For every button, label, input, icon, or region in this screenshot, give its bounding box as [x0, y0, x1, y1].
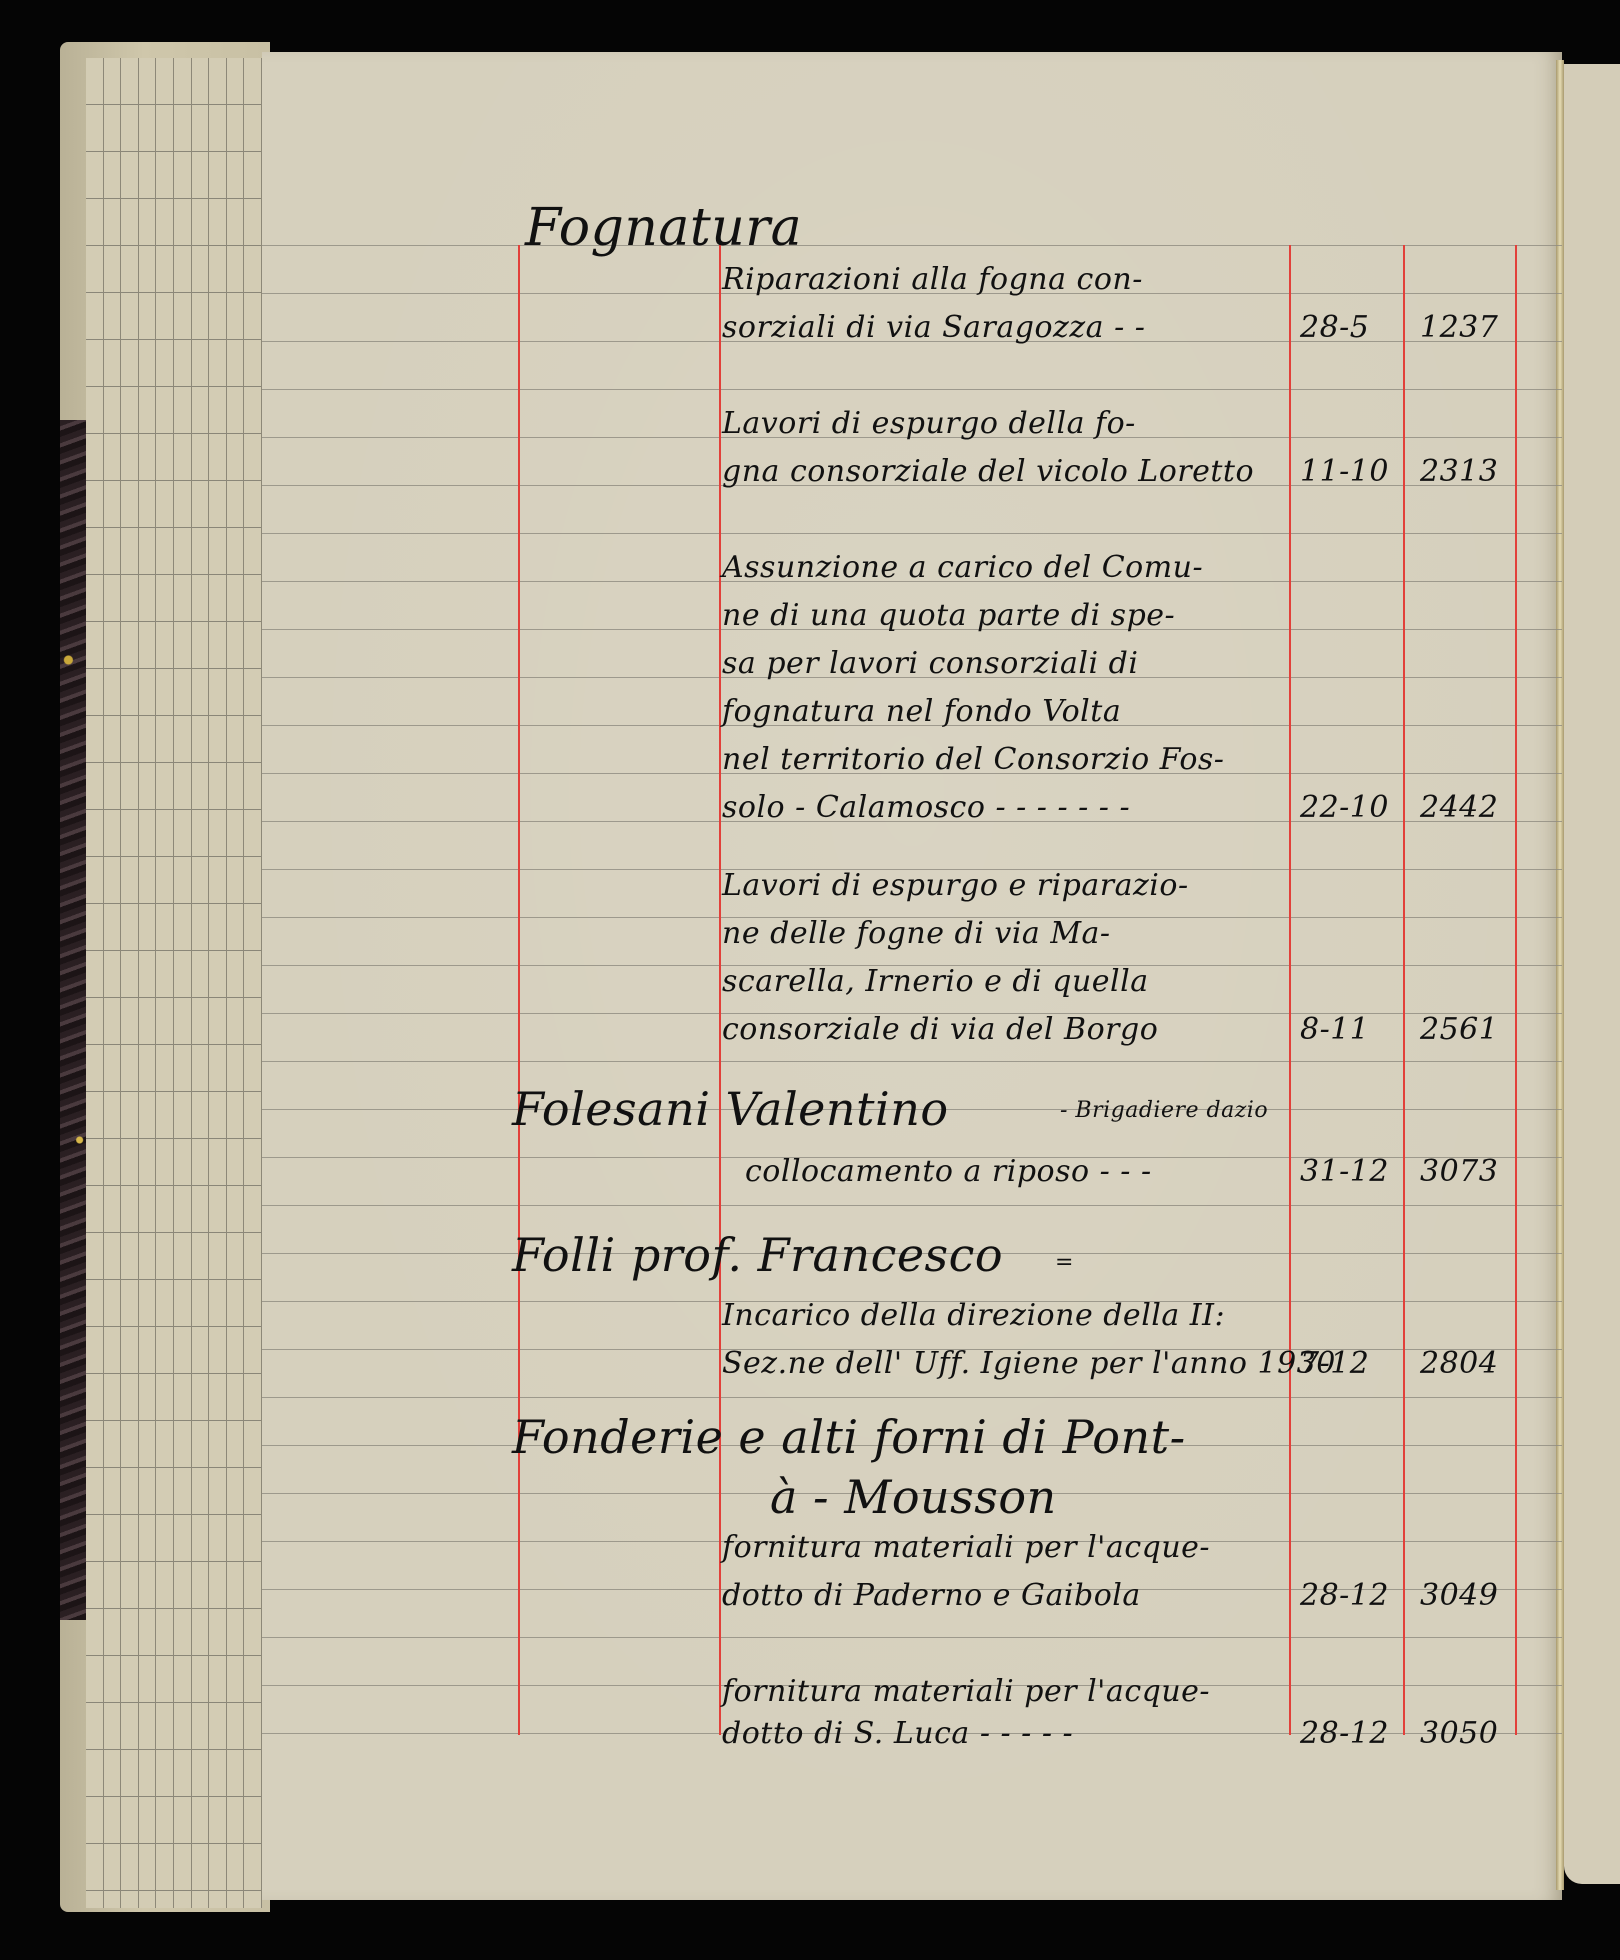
entry-line: ne di una quota parte di spe- [722, 598, 1175, 633]
ruled-line [262, 1397, 1562, 1398]
section-heading: Fonderie e alti forni di Pont- [512, 1410, 1186, 1464]
facing-page-edge [1564, 64, 1620, 1884]
entry-number: 3073 [1420, 1154, 1498, 1189]
section-subnote: = [1055, 1250, 1074, 1275]
red-column-rule-end [1515, 245, 1517, 1735]
ruled-line [262, 1637, 1562, 1638]
red-column-rule-1 [518, 245, 520, 1735]
page-leaf-stack [86, 58, 262, 1908]
section-subnote: - Brigadiere dazio [1060, 1098, 1268, 1123]
section-heading: Fognatura [525, 198, 802, 258]
entry-line: Assunzione a carico del Comu- [722, 550, 1203, 585]
entry-line: fornitura materiali per l'acque- [722, 1674, 1210, 1709]
entry-line: solo - Calamosco - - - - - - - [722, 790, 1130, 825]
ruled-line [262, 533, 1562, 534]
entry-number: 3050 [1420, 1716, 1498, 1751]
entry-line: Lavori di espurgo e riparazio- [722, 868, 1189, 903]
leaf [209, 58, 227, 1908]
red-column-rule-date [1289, 245, 1291, 1735]
leaf [227, 58, 245, 1908]
entry-date: 28-12 [1300, 1716, 1389, 1751]
leaf [104, 58, 122, 1908]
entry-date: 31-12 [1300, 1154, 1389, 1189]
entry-date: 28-5 [1300, 310, 1369, 345]
entry-line: fornitura materiali per l'acque- [722, 1530, 1210, 1565]
red-column-rule-2 [719, 245, 721, 1735]
entry-date: 11-10 [1300, 454, 1389, 489]
entry-line: gna consorziale del vicolo Loretto [722, 454, 1254, 489]
ruled-line [262, 1205, 1562, 1206]
entry-number: 2561 [1420, 1012, 1498, 1047]
entry-line: Incarico della direzione della II: [722, 1298, 1225, 1333]
book-spine [1556, 60, 1564, 1890]
entry-date: 28-12 [1300, 1578, 1389, 1613]
entry-line: fognatura nel fondo Volta [722, 694, 1121, 729]
section-heading: Folesani Valentino [512, 1082, 949, 1136]
entry-number: 2804 [1420, 1346, 1498, 1381]
entry-number: 2313 [1420, 454, 1498, 489]
entry-line: consorziale di via del Borgo [722, 1012, 1158, 1047]
marbled-cover-edge [60, 420, 88, 1620]
entry-line: dotto di Paderno e Gaibola [722, 1578, 1141, 1613]
ruled-line [262, 245, 1562, 246]
entry-line: ne delle fogne di via Ma- [722, 916, 1111, 951]
leaf [192, 58, 210, 1908]
entry-line: Riparazioni alla fogna con- [722, 262, 1143, 297]
section-heading: Folli prof. Francesco [512, 1228, 1003, 1282]
leaf [121, 58, 139, 1908]
entry-number: 2442 [1420, 790, 1498, 825]
entry-line: Lavori di espurgo della fo- [722, 406, 1136, 441]
entry-number: 1237 [1420, 310, 1498, 345]
leaf [244, 58, 262, 1908]
entry-date: 8-11 [1300, 1012, 1369, 1047]
entry-date: 22-10 [1300, 790, 1389, 825]
entry-line: dotto di S. Luca - - - - - [722, 1716, 1073, 1751]
entry-line: scarella, Irnerio e di quella [722, 964, 1149, 999]
leaf [139, 58, 157, 1908]
ruled-line [262, 1061, 1562, 1062]
leaf [174, 58, 192, 1908]
leaf [156, 58, 174, 1908]
entry-line: sorziali di via Saragozza - - [722, 310, 1145, 345]
entry-date: 7-12 [1300, 1346, 1369, 1381]
entry-line: Sez.ne dell' Uff. Igiene per l'anno 1930 [722, 1346, 1336, 1381]
entry-line: nel territorio del Consorzio Fos- [722, 742, 1224, 777]
red-column-rule-number [1403, 245, 1405, 1735]
section-heading-line2: à - Mousson [770, 1470, 1057, 1524]
entry-line: collocamento a riposo - - - [745, 1154, 1152, 1189]
leaf [86, 58, 104, 1908]
ruled-line [262, 389, 1562, 390]
entry-number: 3049 [1420, 1578, 1498, 1613]
entry-line: sa per lavori consorziali di [722, 646, 1138, 681]
